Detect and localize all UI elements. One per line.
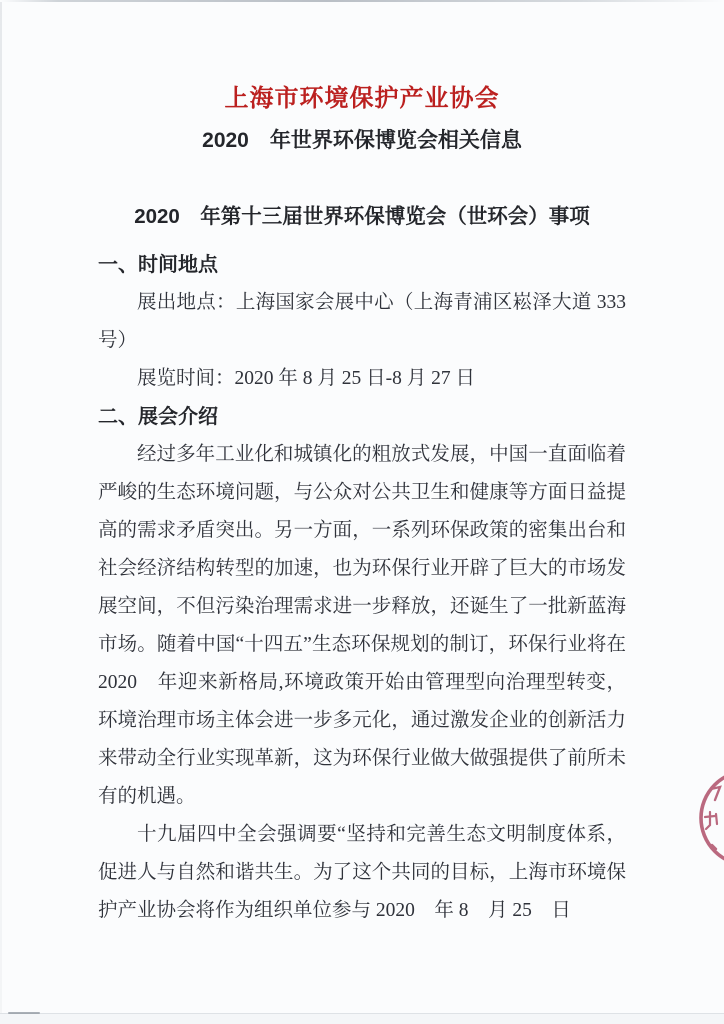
stamp-glyph-mark-3 — [712, 845, 716, 849]
stamp-glyph-mark-1 — [711, 787, 720, 800]
scan-artifact-bottom-dash — [8, 1012, 40, 1014]
stamp-glyph-mark-2 — [705, 812, 717, 829]
para-exhibition-time: 展览时间：2020 年 8 月 25 日-8 月 27 日 — [98, 360, 626, 398]
scanned-document-page: 上海市环境保护产业协会 2020 年世界环保博览会相关信息 2020 年第十三届… — [0, 0, 724, 1024]
heading-time-place: 一、时间地点 — [98, 246, 626, 284]
red-seal-stamp — [676, 756, 724, 876]
org-title: 上海市环境保护产业协会 — [98, 84, 626, 114]
document-body: 上海市环境保护产业协会 2020 年世界环保博览会相关信息 2020 年第十三届… — [98, 0, 626, 930]
doc-info-title: 2020 年世界环保博览会相关信息 — [98, 128, 626, 154]
para-exhibition-location: 展出地点：上海国家会展中心（上海青浦区崧泽大道 333 号） — [98, 284, 626, 360]
para-intro-2: 十九届四中全会强调要“坚持和完善生态文明制度体系，促进人与自然和谐共生。为了这个… — [98, 816, 626, 930]
scan-artifact-left-edge — [0, 2, 2, 1024]
heading-expo-intro: 二、展会介绍 — [98, 398, 626, 436]
para-intro-1: 经过多年工业化和城镇化的粗放式发展，中国一直面临着严峻的生态环境问题，与公众对公… — [98, 436, 626, 816]
section-heading: 2020 年第十三届世界环保博览会（世环会）事项 — [98, 204, 626, 230]
scan-artifact-bottom-edge — [0, 1013, 724, 1024]
